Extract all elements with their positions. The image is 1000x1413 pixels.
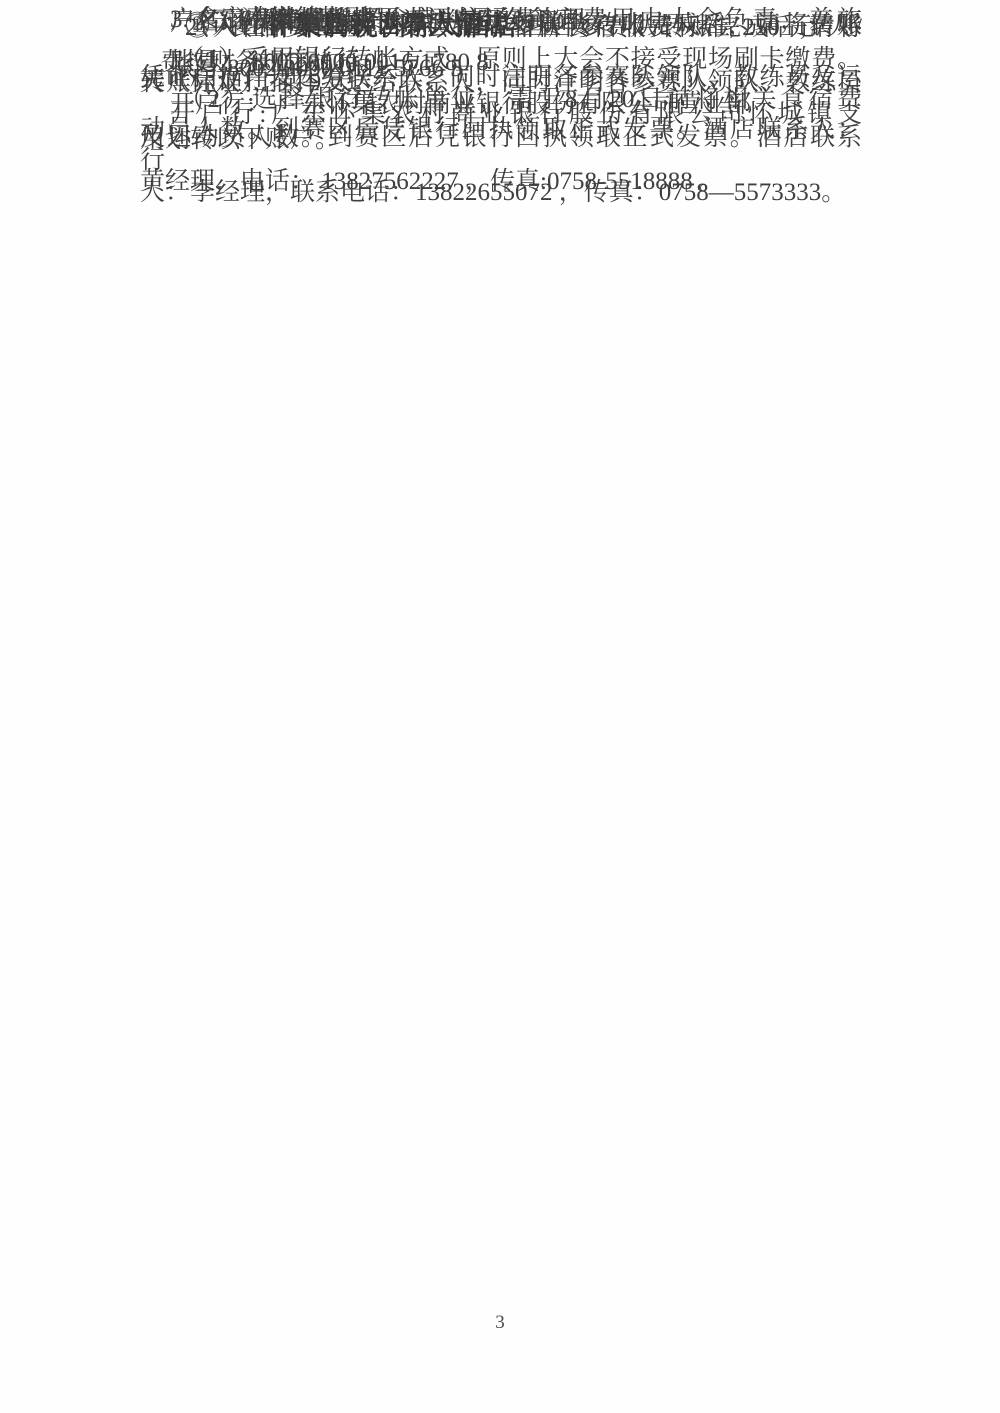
selection-line: （三）选材组人员食宿、交通费自理。 <box>140 0 862 42</box>
referee-line-2: 费按财务规定执行。 <box>140 42 862 84</box>
hotel2-line-4-contact: 黄经理，电话： 13827562227 ，传真:0758-5518888 。 <box>140 156 862 208</box>
page-number: 3 <box>0 1312 1000 1334</box>
document-page: 2、食宿费自理。赛会推荐酒店食宿收费标准 250 元/人/ 天（标双），共 9 … <box>0 0 1000 1413</box>
paragraph-selection-group: （三）选材组人员食宿、交通费自理。 <box>140 0 862 42</box>
hotel2-bank: 开户行： 广东怀集农村商业银行股份有限公司营业部 <box>140 84 862 126</box>
